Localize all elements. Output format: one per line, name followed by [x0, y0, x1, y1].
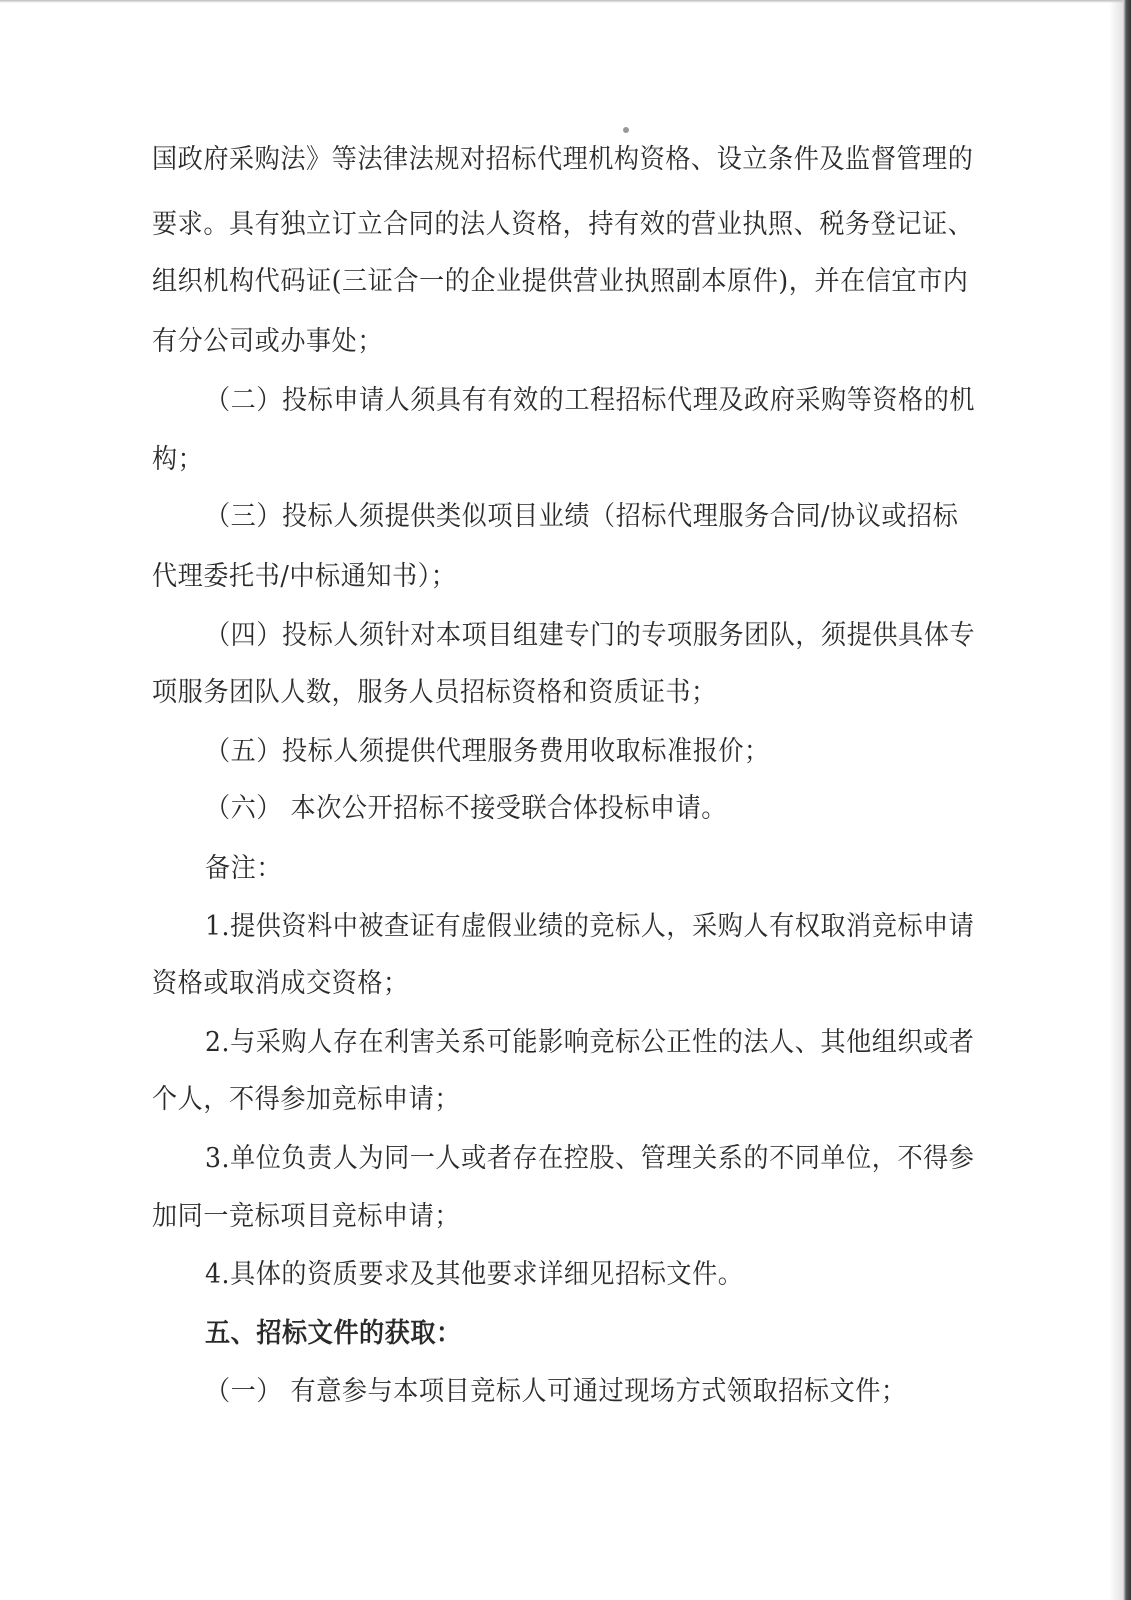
remark-item-4: 4.具体的资质要求及其他要求详细见招标文件。 [205, 1258, 743, 1292]
scanned-document-page: 国政府采购法》等法律法规对招标代理机构资格、设立条件及监督管理的 要求。具有独立… [0, 0, 1131, 1600]
paragraph-line: 要求。具有独立订立合同的法人资格，持有效的营业执照、税务登记证、 [152, 208, 973, 242]
scan-shadow [1109, 0, 1123, 1600]
section-heading: 五、招标文件的获取： [205, 1317, 462, 1351]
paragraph-line: 代理委托书/中标通知书）； [152, 560, 456, 594]
requirement-item-5: （五）投标人须提供代理服务费用收取标准报价； [205, 735, 770, 769]
paragraph-line: 构； [152, 443, 203, 477]
scan-edge-right [1123, 0, 1131, 1600]
paragraph-line: 有分公司或办事处； [152, 325, 383, 359]
requirement-item-2: （二）投标申请人须具有有效的工程招标代理及政府采购等资格的机 [205, 384, 975, 418]
remark-item-3: 3.单位负责人为同一人或者存在控股、管理关系的不同单位，不得参 [205, 1142, 974, 1176]
scan-speck [623, 127, 629, 133]
paragraph-line: 加同一竞标项目竞标申请； [152, 1200, 460, 1234]
remark-item-1: 1.提供资料中被查证有虚假业绩的竞标人，采购人有权取消竞标申请 [205, 910, 974, 944]
acquisition-item-1: （一） 有意参与本项目竞标人可通过现场方式领取招标文件； [205, 1375, 907, 1409]
paragraph-line: 组织机构代码证(三证合一的企业提供营业执照副本原件)，并在信宜市内 [152, 265, 968, 299]
requirement-item-6: （六） 本次公开招标不接受联合体投标申请。 [205, 792, 727, 826]
remarks-label: 备注： [205, 852, 282, 886]
paragraph-line: 项服务团队人数，服务人员招标资格和资质证书； [152, 676, 717, 710]
scan-edge-top [0, 0, 1131, 3]
requirement-item-4: （四）投标人须针对本项目组建专门的专项服务团队，须提供具体专 [205, 619, 975, 653]
requirement-item-3: （三）投标人须提供类似项目业绩（招标代理服务合同/协议或招标 [205, 500, 958, 534]
paragraph-line: 个人，不得参加竞标申请； [152, 1083, 460, 1117]
paragraph-line: 国政府采购法》等法律法规对招标代理机构资格、设立条件及监督管理的 [152, 143, 973, 177]
remark-item-2: 2.与采购人存在利害关系可能影响竞标公正性的法人、其他组织或者 [205, 1026, 974, 1060]
paragraph-line: 资格或取消成交资格； [152, 967, 409, 1001]
